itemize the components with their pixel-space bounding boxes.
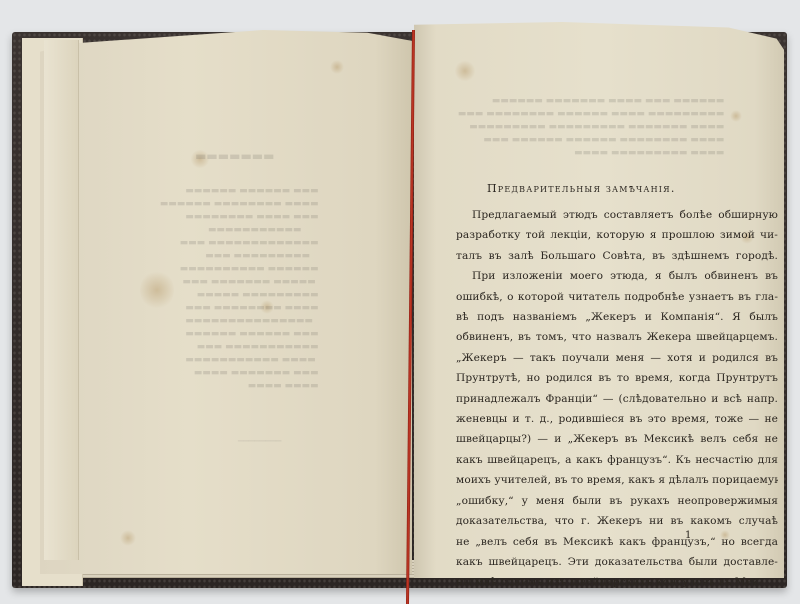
text-line: „ошибку,“ у меня были въ рукахъ неопрове… <box>456 491 778 511</box>
text-line: ны мнѣ однимъ изъ швейцарскихъ консуловъ… <box>456 572 778 592</box>
text-line: какъ швейцарецъ. Эти доказательства были… <box>456 552 778 572</box>
text-line: какъ швейцарецъ, а какъ французъ“. Къ не… <box>456 450 778 470</box>
foxing-spot <box>455 60 475 82</box>
text-line: „Жекеръ — такъ поучали меня — хотя и род… <box>456 348 778 368</box>
chapter-heading: Предварительныя замѣчанія. <box>487 182 737 195</box>
text-line: не „велъ себя въ Мексикѣ какъ французъ,“… <box>456 532 778 552</box>
text-line: При изложеніи моего этюда, я былъ обвине… <box>456 266 778 286</box>
foxing-spot <box>730 110 742 122</box>
text-line: принадлежалъ Франціи“ — (слѣдовательно и… <box>456 389 778 409</box>
bleed-through-rule: ──────── <box>238 436 281 449</box>
foxing-spot <box>330 60 344 74</box>
text-line: моихъ учителей, въ то время, какъ я дѣла… <box>456 470 778 490</box>
text-line: женевцы и т. д., родившіеся въ это время… <box>456 409 778 429</box>
bleed-through-texture: ▬▬▬ ▬▬▬▬▬▬ ▬▬▬▬▬▬ ▬▬▬▬ ▬▬▬▬▬▬▬▬ ▬▬▬▬▬▬ ▬… <box>160 185 319 393</box>
text-line: вѣ подъ названіемъ „Жекеръ и Компанія“. … <box>456 307 778 327</box>
left-page-flap <box>44 40 79 560</box>
text-line: талъ въ залѣ Большаго Совѣта, въ здѣшнем… <box>456 246 778 266</box>
page-number: 1 <box>685 530 691 541</box>
text-line: обвиненъ, въ томъ, что назвалъ Жекера шв… <box>456 327 778 347</box>
photo-scene: ▬▬▬▬▬▬▬ ▬▬▬ ▬▬▬▬▬▬ ▬▬▬▬▬▬ ▬▬▬▬ ▬▬▬▬▬▬▬▬ … <box>0 0 800 604</box>
text-line: швейцарцы?) — и „Жекеръ въ Мексикѣ велъ … <box>456 429 778 449</box>
body-text: Предлагаемый этюдъ составляетъ болѣе обш… <box>456 205 778 593</box>
text-line: Предлагаемый этюдъ составляетъ болѣе обш… <box>456 205 778 225</box>
text-line: доказательства, что г. Жекеръ ни въ како… <box>456 511 778 531</box>
text-line: разработку той лекціи, которую я прошлою… <box>456 225 778 245</box>
bleed-through-texture: ▬▬▬▬▬▬ ▬▬▬ ▬▬▬▬ ▬▬▬▬▬▬▬ ▬▬▬▬▬▬ ▬▬▬▬▬▬▬▬▬… <box>458 95 725 160</box>
text-line: Прунтрутѣ, но родился въ то время, когда… <box>456 368 778 388</box>
foxing-spot <box>120 530 136 546</box>
text-line: ошибкѣ, о которой читатель подробнѣе узн… <box>456 287 778 307</box>
bleed-through-texture: ▬▬▬▬▬▬▬ <box>195 150 274 163</box>
